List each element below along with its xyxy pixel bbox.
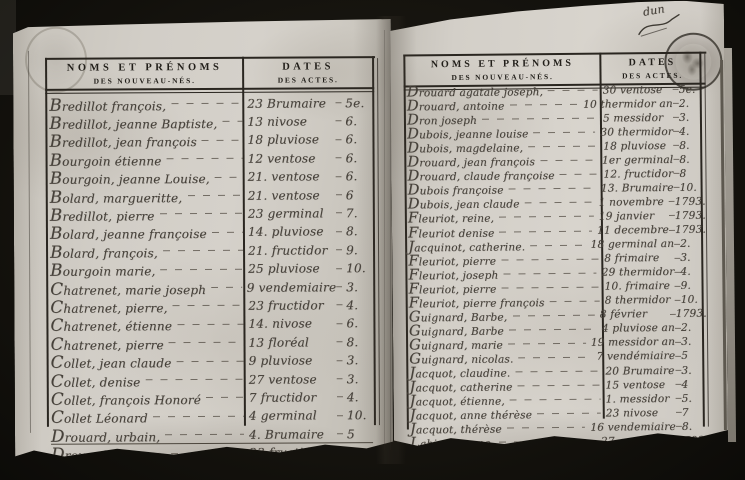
leader-dashes [337,341,347,342]
date-cell: 20 Brumaire [605,364,675,377]
leader-dashes [530,244,585,246]
date-cell: 23 fructidor [248,298,336,312]
year-cell: 5e. [345,96,371,110]
year-cell: 10. [346,261,372,275]
date-cell: 4 pluviose an [602,322,675,335]
leader-dashes [165,434,244,435]
leader-dashes [169,342,244,343]
register-photo: NOMS ET PRÉNOMS DES NOUVEAU-NÉS. DATES D… [0,0,745,480]
leader-dashes [153,416,244,417]
name-cell: Bourgoin, jeanne Louise, [50,167,210,188]
leader-dashes [187,195,242,196]
name-cell: Drouard, urbain, [51,425,160,446]
date-cell: 1. messidor [606,392,676,405]
date-cell: 5 messidor [603,111,673,124]
date-cell: 9 vendemiaire [247,280,337,294]
register-row: Fleuriot, reine,19 janvier1793. [408,209,706,225]
leader-dashes [171,452,244,453]
leader-dashes [336,176,346,177]
rows-right: Drouard agatale joseph,30 ventose5e.Drou… [390,0,728,459]
year-cell: 5. [682,392,708,404]
leader-dashes [202,140,243,141]
register-row: Chatrenet, marie joseph9 vendemiaire3. [50,278,372,297]
leader-dashes [212,232,243,233]
year-cell: 10. [681,294,707,306]
year-cell: 2. [679,97,705,109]
year-cell: 1793. [675,224,706,236]
date-cell: 10 thermidor an [583,97,673,110]
register-row: Bredillot françois,23 Brumaire5e. [49,94,371,113]
leader-dashes [510,399,601,401]
name-cell: Chatrenet, marie joseph [50,277,206,298]
date-cell: 25 pluviose [248,261,336,275]
date-cell: 12 ventose [248,151,336,165]
register-row: Collet, jean claude9 pluviose3. [51,352,373,371]
register-row: Collet, denise27 ventose3. [51,370,373,389]
date-cell: 23 Brumaire [247,96,335,110]
name-cell: Collet, denise [51,370,141,390]
date-cell: 8 février [600,308,670,321]
leader-dashes [336,268,346,269]
leader-dashes [518,385,601,387]
leader-dashes [560,174,599,175]
leader-dashes [509,328,597,330]
leader-dashes [335,102,345,103]
leader-dashes [508,343,586,345]
year-cell: 6. [345,132,371,146]
register-page-left: NOMS ET PRÉNOMS DES NOUVEAU-NÉS. DATES D… [13,19,393,463]
name-cell: Drouard, étienne, [51,443,166,464]
year-cell: 10. [347,408,373,422]
date-cell: 27 avril [601,435,671,448]
register-page-right: dun NOMS ET PRÉNOMS DES NOUVEAU-NÉS. DAT… [390,0,728,459]
leader-dashes [211,287,242,288]
year-cell: 4 [681,378,707,390]
name-cell: Bolard, margueritte, [50,186,183,207]
date-cell: 30 thermidor [600,126,673,139]
leader-dashes [482,118,598,120]
rows-left: Bredillot françois,23 Brumaire5e.Bredill… [13,19,393,463]
name-cell: Bolard, françois, [50,241,158,262]
date-cell: 4 germinal [249,409,337,423]
leader-dashes [550,300,600,301]
leader-dashes [548,90,598,91]
leader-dashes [337,397,347,398]
register-row: Jacquot, thérèse16 vendemiaire8. [410,420,708,436]
year-cell: 3. [347,372,373,386]
register-row: Bolard, jeanne françoise14. pluviose8. [50,223,372,242]
leader-dashes [145,379,243,381]
date-cell: 18 pluviose [603,140,673,153]
year-cell: 8. [346,224,372,238]
register-row: Drouard, étienne,23 fructidor6 [51,444,373,463]
leader-dashes [671,440,677,441]
leader-dashes [336,231,346,232]
year-cell: 6. [346,169,372,183]
leader-dashes [163,250,243,251]
date-cell: 21. ventose [248,188,336,202]
leader-dashes [515,371,600,373]
year-cell: 3. [681,364,707,376]
register-row: Bourgoin étienne12 ventose6. [50,149,372,168]
year-cell: 6 [346,188,372,202]
year-cell: 8. [679,139,705,151]
year-cell: 8 [679,167,705,179]
year-cell: 1793. [677,434,708,446]
leader-dashes [499,441,596,443]
register-row: Dubois, magdelaine,18 pluviose8. [407,139,705,155]
leader-dashes [171,103,242,104]
date-cell: 27 ventose [249,372,337,386]
name-cell: Bourgoin étienne [50,149,162,170]
date-cell: 14. pluviose [248,225,336,239]
leader-dashes [501,258,599,260]
name-cell: Bredillot, pierre [50,204,155,225]
name-cell: Bolard, jeanne françoise [50,222,207,243]
leader-dashes [176,360,243,361]
date-cell: 4. Brumaire [249,427,337,441]
leader-dashes [336,213,346,214]
date-cell: 13 floréal [248,335,336,349]
year-cell: 8. [346,335,372,349]
register-row: Jacquot, étienne,1. messidor5. [410,392,708,408]
year-cell: 1793. [675,195,706,207]
register-row: Bredillot, pierre23 germinal7. [50,205,372,224]
year-cell: 6 [347,445,373,459]
register-row: Bolard, margueritte,21. ventose6 [50,186,372,205]
name-cell: Bredillot, jean françois [49,130,196,151]
leader-dashes [161,268,244,269]
year-cell: 10. [680,181,706,193]
leader-dashes [337,415,347,416]
name-cell: Lahiry, jeanne, [410,434,494,452]
year-cell: 9. [346,243,372,257]
name-cell: Collet, jean claude [51,351,172,372]
year-cell: 6. [346,151,372,165]
leader-dashes [336,323,346,324]
year-cell: 1793. [676,308,707,320]
year-cell: 2. [681,322,707,334]
year-cell: 6. [345,114,371,128]
year-cell: 3. [679,111,705,123]
leader-dashes [336,305,346,306]
register-row: Chatrenet, étienne14. nivose6. [50,315,372,334]
leader-dashes [336,249,346,250]
date-cell: 1er germinal [602,154,673,167]
register-row: Bourgoin marie,25 pluviose10. [50,260,372,279]
gutter-crease [384,30,385,450]
date-cell: 9 pluviose [249,353,337,367]
leader-dashes [503,272,596,274]
date-cell: 11 decembre [597,224,669,237]
date-cell: 12. fructidor [603,168,673,181]
date-cell: 23 germinal [248,206,336,220]
date-cell: 7 vendémiaire [597,350,676,363]
name-cell: Collet Léonard [51,407,148,428]
leader-dashes [222,121,242,122]
leader-dashes [167,158,243,159]
leader-dashes [173,305,244,306]
leader-dashes [509,104,578,106]
leader-dashes [501,286,599,288]
year-cell: 3. [680,252,706,264]
register-row: Chatrenet, pierre,23 fructidor4. [50,297,372,316]
year-cell: 5 [681,350,707,362]
register-row: Collet, françois Honoré7 fructidor4. [51,389,373,408]
leader-dashes [335,139,345,140]
register-row: Chatrenet, pierre13 floréal8. [50,333,372,352]
leader-dashes [509,188,596,190]
year-cell: 9. [680,280,706,292]
leader-dashes [499,230,592,232]
date-cell: 13. Brumaire [601,182,674,195]
date-cell: 14. nivose [248,317,336,331]
date-cell: 23 nivose [606,407,676,420]
name-cell: Collet, françois Honoré [51,388,201,409]
leader-dashes [337,360,347,361]
date-cell: 1 novembre [599,196,669,209]
date-cell: 21. ventose [248,169,336,183]
date-cell: 8 frimaire [604,252,674,265]
year-cell: 4. [679,125,705,137]
date-cell: 23 fructidor [249,445,337,459]
year-cell: 5e. [679,83,705,95]
leader-dashes [528,146,598,148]
date-cell: 7 fructidor [249,390,337,404]
date-cell: 10. frimaire [604,280,674,293]
leader-dashes [533,132,595,134]
leader-dashes [337,433,347,434]
leader-dashes [540,160,597,162]
date-cell: 21. fructidor [248,243,336,257]
leader-dashes [335,121,345,122]
year-cell: 8. [679,153,705,165]
date-cell: 8 thermidor [605,294,675,307]
register-row: Collet Léonard4 germinal10. [51,407,373,426]
leader-dashes [177,324,243,325]
register-row: Fleuriot, pierre10. frimaire9. [408,279,706,295]
date-cell: 29 thermidor [602,266,675,279]
date-cell: 13 nivose [247,114,335,128]
leader-dashes [337,452,347,453]
register-row: Bourgoin, jeanne Louise,21. ventose6. [50,168,372,187]
leader-dashes [499,216,594,218]
year-cell: 4. [346,298,372,312]
leader-dashes [336,286,346,287]
year-cell: 5 [347,427,373,441]
year-cell: 3. [681,336,707,348]
year-cell: 2. [680,238,706,250]
leader-dashes [519,357,592,359]
leader-dashes [507,427,586,429]
leader-dashes [160,213,243,214]
year-cell: 7. [346,206,372,220]
year-cell: 1793. [675,210,706,222]
year-cell: 3. [347,353,373,367]
register-row: Bredillot, jeanne Baptiste,13 nivose6. [49,113,371,132]
year-cell: 7 [682,406,708,418]
register-row: Guignard, nicolas.7 vendémiaire5 [409,350,707,366]
leader-dashes [215,176,243,177]
year-cell: 4. [680,266,706,278]
date-cell: 18 pluviose [247,133,335,147]
leader-dashes [336,157,346,158]
date-cell: 18 germinal an [591,238,675,251]
register-row: Lahiry, jeanne,27 avril1793. [410,434,708,450]
register-row: Drouard, urbain,4. Brumaire5 [51,425,373,445]
year-cell: 3. [346,280,372,294]
year-cell: 8. [682,420,708,432]
leader-dashes [337,378,347,379]
leader-dashes [537,413,601,415]
year-cell: 6. [346,316,372,330]
date-cell: 30 ventose [603,83,673,96]
register-row: Bredillot, jean françois18 pluviose6. [49,131,371,150]
date-cell: 19 janvier [599,210,669,223]
leader-dashes [512,314,594,316]
date-cell: 16 vendemiaire [590,421,676,434]
leader-dashes [336,194,346,195]
leader-dashes [206,397,244,398]
leader-dashes [525,202,594,204]
register-row: Bolard, françois,21. fructidor9. [50,241,372,260]
name-cell: Bourgoin marie, [50,259,155,280]
date-cell: 19 messidor an [591,336,675,349]
year-cell: 4. [347,390,373,404]
date-cell: 15 ventose [605,378,675,391]
